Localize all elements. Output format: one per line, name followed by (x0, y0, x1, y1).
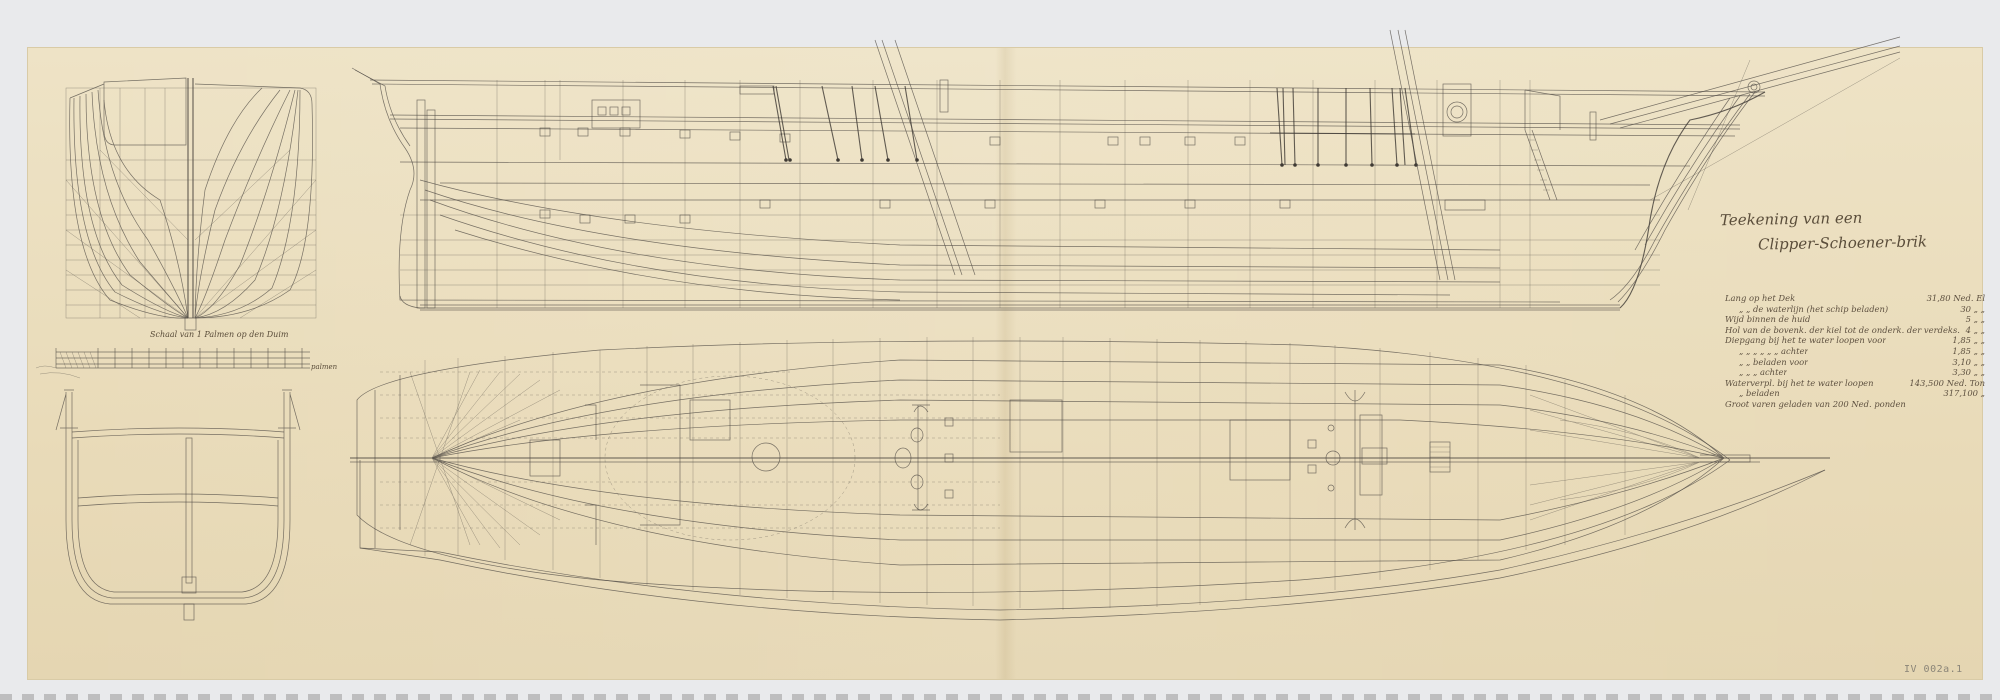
color-scale-strip (0, 694, 2000, 700)
spec-label: Lang op het Dek (1725, 293, 1795, 304)
drawing-title-line-1: Teekening van een (1720, 209, 1863, 229)
spec-row: „ „ „ achter 3,30 „ „ (1725, 367, 1985, 378)
scale-caption: Schaal van 1 Palmen op den Duim (150, 330, 288, 339)
spec-row: Lang op het Dek 31,80 Ned. El (1725, 293, 1985, 304)
spec-label: Wijd binnen de huid (1725, 314, 1810, 325)
sheer-plan (352, 30, 1900, 310)
spec-value: 317,100 „ (1939, 388, 1985, 399)
spec-row: „ beladen 317,100 „ (1725, 388, 1985, 399)
spec-label: Hol van de bovenk. der kiel tot de onder… (1725, 325, 1960, 336)
specifications-table: Lang op het Dek 31,80 Ned. El „ „ de wat… (1725, 293, 1985, 410)
scale-bar (36, 348, 310, 368)
spec-value: 5 „ „ (1962, 314, 1985, 325)
spec-row: Diepgang bij het te water loopen voor 1,… (1725, 335, 1985, 346)
spec-value: 1,85 „ „ (1948, 335, 1985, 346)
spec-label: Diepgang bij het te water loopen voor (1725, 335, 1886, 346)
spec-label: „ „ beladen voor (1725, 357, 1808, 368)
midship-section (40, 373, 300, 620)
spec-value: 30 „ „ (1956, 304, 1985, 315)
spec-row: Wijd binnen de huid 5 „ „ (1725, 314, 1985, 325)
spec-value (1981, 399, 1985, 410)
inventory-stamp: IV 002a.1 (1904, 664, 1963, 675)
spec-value: 1,85 „ „ (1948, 346, 1985, 357)
spec-value: 143,500 Ned. Ton (1905, 378, 1985, 389)
spec-label: „ „ „ achter (1725, 367, 1787, 378)
ship-plan-drawing: .l{fill:none;stroke:#4f4a44;stroke-width… (0, 0, 2000, 700)
spec-row: Groot varen geladen van 200 Ned. ponden (1725, 399, 1985, 410)
spec-row: Waterverpl. bij het te water loopen 143,… (1725, 378, 1985, 389)
drawing-title-line-2: Clipper-Schoener-brik (1758, 233, 1927, 254)
body-plan (66, 78, 316, 330)
spec-label: „ beladen (1725, 388, 1780, 399)
spec-label: „ „ „ „ „ „ achter (1725, 346, 1808, 357)
spec-row: Hol van de bovenk. der kiel tot de onder… (1725, 325, 1985, 336)
spec-label: „ „ de waterlijn (het schip beladen) (1725, 304, 1888, 315)
spec-row: „ „ beladen voor 3,10 „ „ (1725, 357, 1985, 368)
spec-value: 3,10 „ „ (1948, 357, 1985, 368)
spec-label: Groot varen geladen van 200 Ned. ponden (1725, 399, 1906, 410)
spec-value: 31,80 Ned. El (1923, 293, 1985, 304)
half-breadth-plan (350, 337, 1830, 620)
spec-row: „ „ „ „ „ „ achter 1,85 „ „ (1725, 346, 1985, 357)
spec-value: 4 „ „ (1962, 325, 1985, 336)
spec-row: „ „ de waterlijn (het schip beladen) 30 … (1725, 304, 1985, 315)
scale-unit: palmen (311, 363, 337, 371)
spec-value: 3,30 „ „ (1948, 367, 1985, 378)
spec-label: Waterverpl. bij het te water loopen (1725, 378, 1874, 389)
